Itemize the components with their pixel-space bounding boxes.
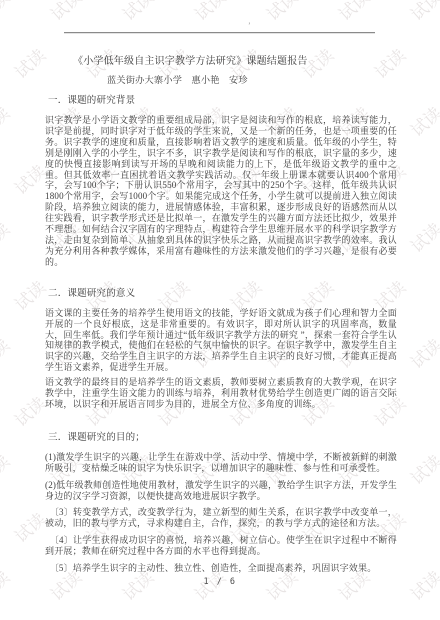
watermark-text: 试读 (404, 448, 440, 489)
watermark-text: 试读 (0, 100, 14, 141)
page-title: 《小学低年级自主识字教学方法研究》课题结题报告 (45, 56, 397, 68)
watermark-text: 试读 (404, 332, 440, 373)
watermark-text: 试读 (0, 448, 14, 489)
watermark-text: 试读 (44, 0, 86, 25)
page-number-indicator: 1 / 6 (0, 577, 440, 587)
section-3-item-4: 〔4〕让学生获得成功识字的喜悦，培养兴趣，树立信心。使学生在识字过程中不断得到开… (45, 535, 397, 557)
top-rule (64, 32, 375, 34)
section-3-item-5: 〔5〕培养学生识字的主动性、独立性、创造性，全面提高素养，巩固识字效果。 (45, 563, 397, 574)
section-3-item-1: (1)激发学生识字的兴趣，让学生在游戏中学、活动中学、情境中学，不断被新鲜的刺激… (45, 452, 397, 474)
section-heading-3: 三．课题研究的目的； (45, 433, 397, 444)
watermark-text: 试读 (404, 0, 440, 25)
watermark-text: 试读 (260, 0, 302, 25)
doc-authors: 蓝关街办大寨小学 惠小艳 安珍 (45, 75, 397, 86)
section-heading-1: 一．课题的研究背景 (45, 96, 397, 107)
watermark-text: 试读 (0, 0, 14, 25)
watermark-text: 试读 (8, 506, 50, 547)
section-3-item-2: (2)低年级教师创造性地使用教材，激发学生识字的兴趣，教给学生识字方法，开发学生… (45, 480, 397, 502)
section-heading-2: 二．课题研究的意义 (45, 289, 397, 300)
section-3-item-3: 〔3〕转变教学方式，改变教学行为，建立新型的师生关系，在识字教学中改变单一，被动… (45, 507, 397, 529)
watermark-text: 试读 (8, 42, 50, 83)
section-2-paragraph-1: 语文课的主要任务的培养学生使用语文的技能，学好语文就成为孩子们心理和智力全面开展… (45, 308, 397, 373)
watermark-text: 试读 (332, 0, 374, 25)
watermark-text: 试读 (0, 332, 14, 373)
section-2-paragraph-2: 语文教学的最终目的是培养学生的语文素质，教师要树立素质教育的大教学观，在识字教学… (45, 377, 397, 410)
document-page: 试读试读试读试读试读试读试读试读试读试读试读试读试读试读试读试读试读试读试读试读… (0, 0, 440, 620)
watermark-text: 试读 (404, 216, 440, 257)
watermark-text: 试读 (116, 0, 158, 25)
section-1-paragraph: 识字教学是小学语文教学的重要组成局部，识字是阅读和写作的根底，培养读写能力，识字… (45, 115, 397, 268)
watermark-text: 试读 (8, 390, 50, 431)
document-content: 《小学低年级自主识字教学方法研究》课题结题报告 蓝关街办大寨小学 惠小艳 安珍 … (45, 50, 397, 574)
watermark-text: 试读 (188, 0, 230, 25)
watermark-text: 试读 (8, 158, 50, 199)
scan-artifact-mark: ’ (248, 21, 251, 30)
watermark-text: 试读 (8, 274, 50, 315)
watermark-text: 试读 (404, 100, 440, 141)
watermark-text: 试读 (0, 216, 14, 257)
